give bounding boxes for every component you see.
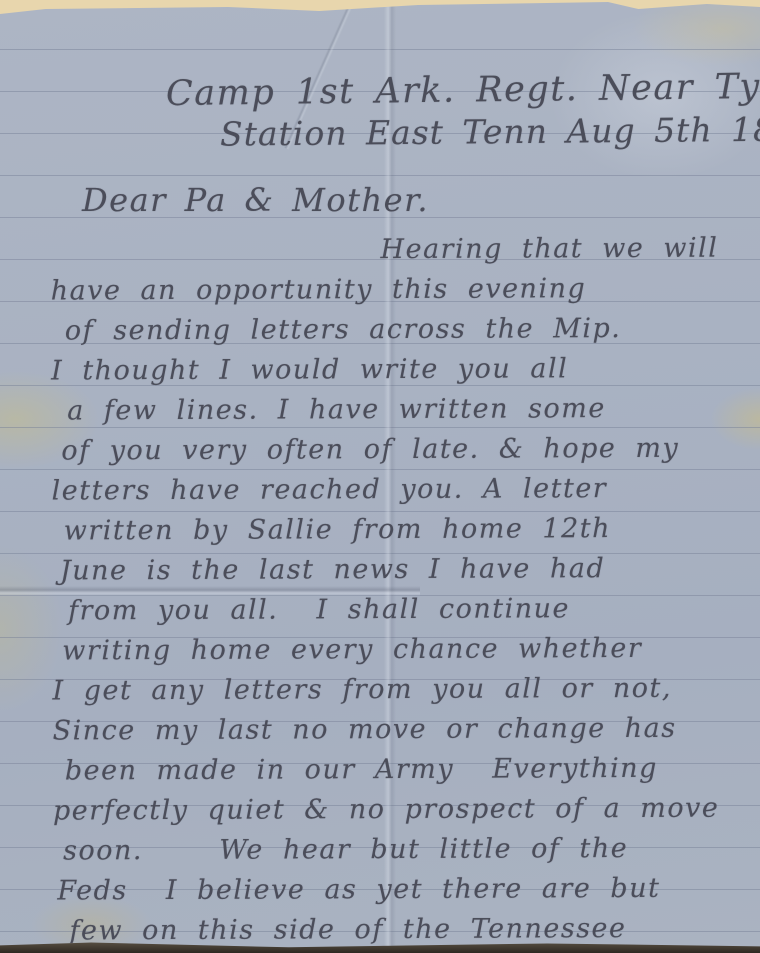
letter-line: perfectly quiet & no prospect of a move [53,788,751,831]
letter-line: a few lines. I have written some [51,388,749,431]
letter-line: letters have reached you. A letter [51,468,749,511]
letter-line: writing home every chance whether [52,628,750,671]
letter-line: Hearing that we will [50,228,748,271]
letter-line: June is the last news I have had [52,548,750,591]
letter-line: I thought I would write you all [51,348,749,391]
heading-camp-line: Camp 1st Ark. Regt. Near Tyners [166,66,760,114]
letter-line: soon. We hear but little of the [53,828,751,871]
letter-line: of you very often of late. & hope my [51,428,749,471]
letter-line: from you all. I shall continue [52,588,750,631]
heading-date-line: Station East Tenn Aug 5th 1863 [220,109,760,153]
letter-line: of sending letters across the Mip. [51,308,749,351]
letter-line: have an opportunity this evening [51,268,749,311]
letter-body: Hearing that we will have an opportunity… [50,228,751,951]
salutation: Dear Pa & Mother. [82,181,429,219]
scanned-letter-page: Camp 1st Ark. Regt. Near Tyners Station … [0,0,760,953]
letter-line: I get any letters from you all or not, [52,668,750,711]
letter-line: written by Sallie from home 12th [52,508,750,551]
letter-line: Feds I believe as yet there are but [53,868,751,911]
letter-line: Since my last no move or change has [53,708,751,751]
letter-line: been made in our Army Everything [53,748,751,791]
letter-paper: Camp 1st Ark. Regt. Near Tyners Station … [0,0,760,953]
